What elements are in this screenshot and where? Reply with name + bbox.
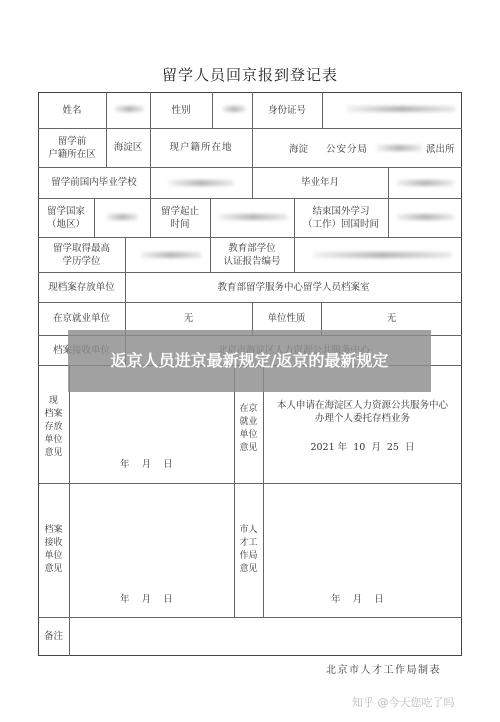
remarks-label: 备注 [38,617,69,656]
household-station: 派出所 [426,141,455,155]
col-divider [212,92,213,128]
archive-unit-label: 现档案存放单位 [38,272,125,302]
gender-label: 性别 [150,92,212,128]
household-district: 海淀 [289,141,308,155]
bureau-opinion-label: 市人 才工 作局 意见 [234,483,263,617]
col-divider [94,198,95,237]
cert-no-label: 教育部学位 认证报告编号 [210,237,294,272]
source-watermark: 知乎 @今天您吃了吗 [352,694,455,710]
employer-opinion-text: 本人申请在海淀区人力资源公共服务中心 办理个人委托存档业务 [263,398,462,426]
country-value-redacted [106,214,138,220]
col-divider [322,92,323,128]
employer-opinion-date: 2021 年 10 月 25 日 [263,440,462,454]
col-divider [388,198,389,237]
study-period-label: 留学起止 时间 [150,198,210,237]
current-household-label: 现户籍所在地 [150,128,252,167]
form-title: 留学人员回京报到登记表 [0,64,500,85]
study-period-value-redacted [218,214,288,220]
household-value: 海淀区 [106,128,150,167]
current-archive-opinion-label: 现 档案 存放 单位 意见 [38,365,69,483]
gender-value-redacted [222,106,246,112]
country-label: 留学国家 （地区） [38,198,94,237]
col-divider [388,167,389,198]
col-divider [294,237,295,272]
grad-date-value-redacted [396,180,454,186]
row-divider [38,617,462,618]
name-label: 姓名 [38,92,106,128]
id-label: 身份证号 [252,92,322,128]
archive-unit-value: 教育部留学服务中心留学人员档案室 [125,272,462,302]
row-divider [38,198,462,199]
school-value-redacted [168,180,234,186]
grad-date-label: 毕业年月 [252,167,388,198]
bureau-opinion-date: 年 月 日 [331,591,384,605]
form-maker: 北京市人才工作局制表 [326,661,441,676]
name-value-redacted [114,106,144,112]
household-station-redacted [376,145,422,151]
receiving-opinion-date: 年 月 日 [120,591,173,605]
receiving-opinion-label: 档案 接收 单位 意见 [38,483,69,617]
col-divider [69,365,70,656]
cert-no-value-redacted [312,252,452,258]
degree-value-redacted [140,252,202,258]
school-label: 留学前国内毕业学校 [38,167,150,198]
household-label: 留学前 户籍所在区 [38,128,106,167]
return-time-label: 结束国外学习 （工作）回国时间 [294,198,388,237]
current-archive-opinion-date: 年 月 日 [120,456,173,470]
degree-label: 留学取得最高 学历学位 [38,237,125,272]
household-bureau: 公安分局 [326,141,368,155]
return-time-value-redacted [396,214,454,220]
col-divider [210,198,211,237]
id-value-redacted [346,106,456,112]
headline-overlay: 返京人员进京最新规定/返京的最新规定 [68,330,431,392]
headline-text: 返京人员进京最新规定/返京的最新规定 [80,350,420,372]
col-divider [150,167,151,198]
